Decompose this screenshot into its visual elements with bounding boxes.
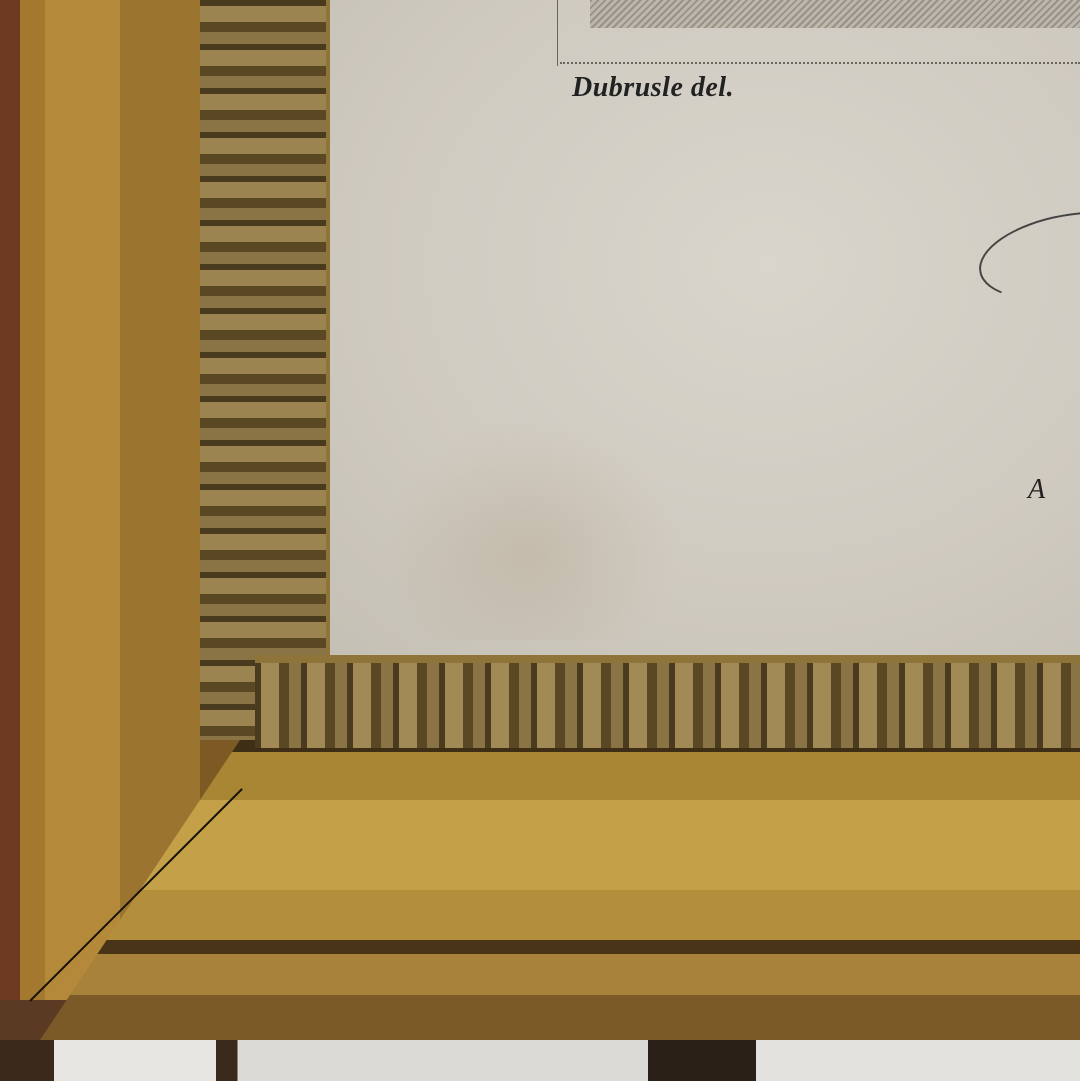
- water-stain: [380, 420, 680, 640]
- dotted-rule: [560, 62, 1080, 64]
- bead-molding-left: [200, 0, 330, 740]
- photo-scene: Dubrusle del. A: [0, 0, 1080, 1081]
- plate-border-line: [557, 0, 558, 66]
- engraver-credit: Dubrusle del.: [572, 72, 734, 104]
- surface-below: [0, 1040, 1080, 1081]
- bead-molding-bottom: [255, 655, 1080, 748]
- engraving-hatching: [590, 0, 1080, 28]
- partial-script-text: A: [1028, 474, 1045, 506]
